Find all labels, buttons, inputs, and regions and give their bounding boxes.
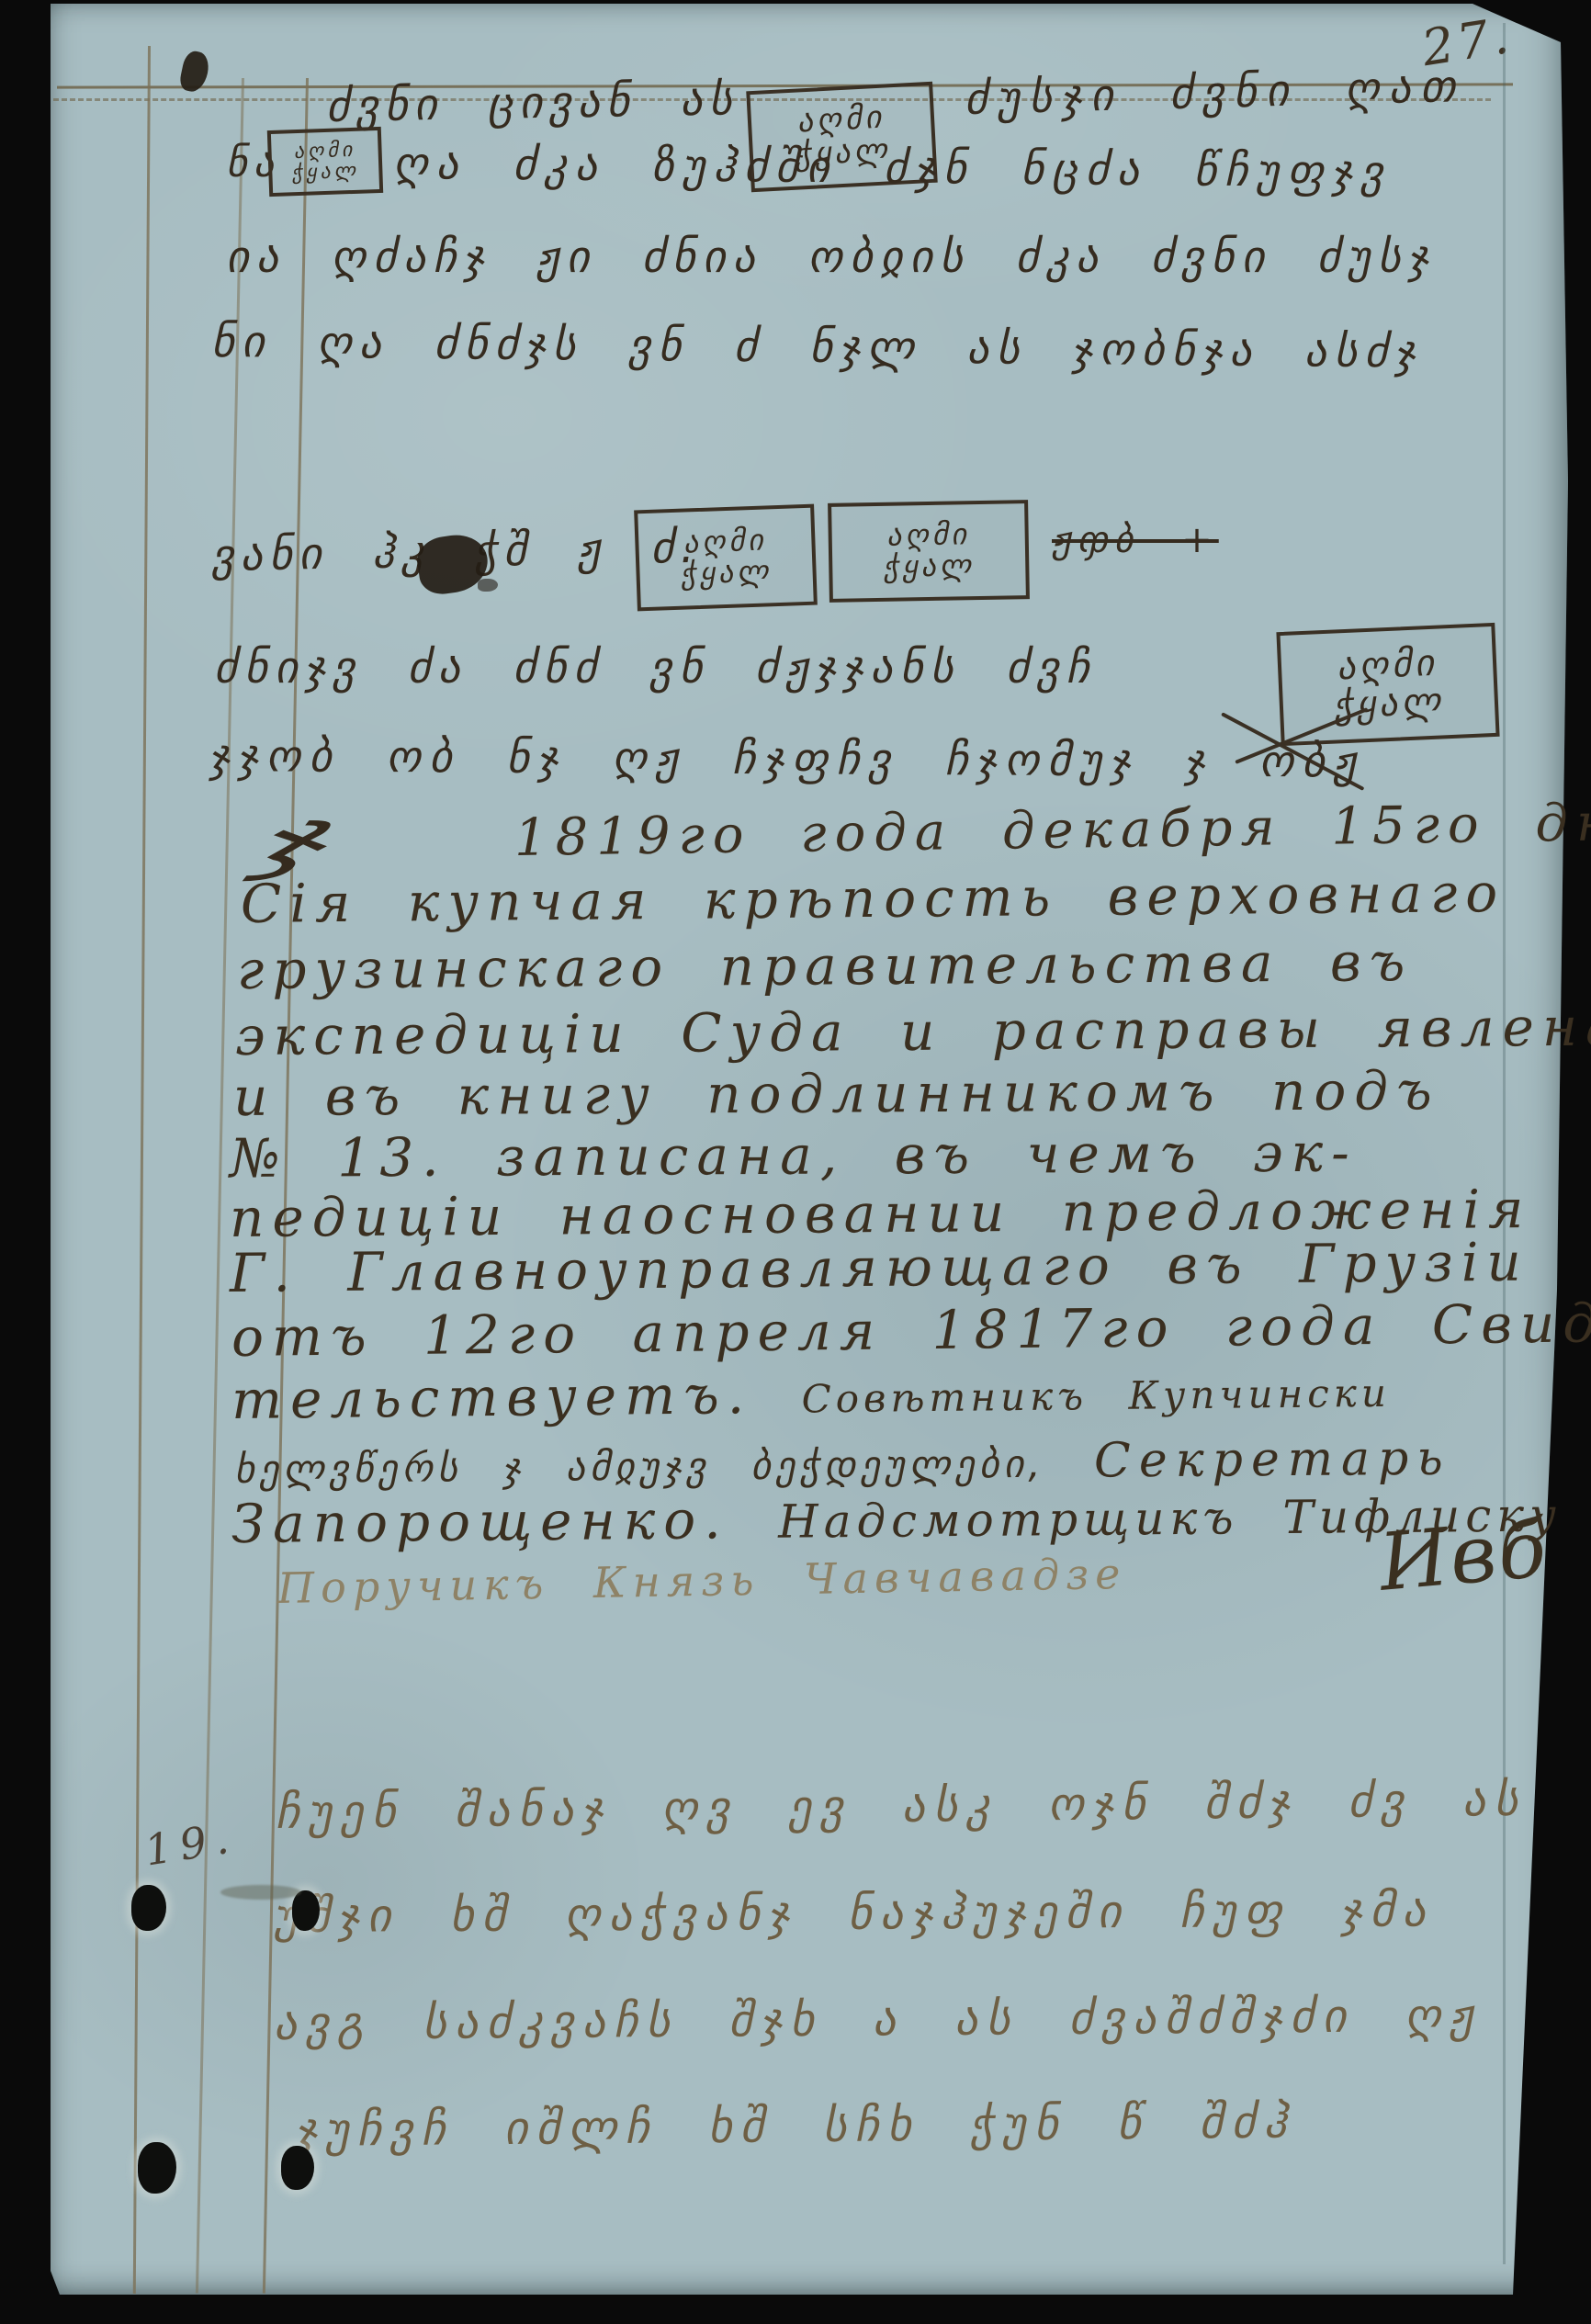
stamp-box: აღმი ჭყალ xyxy=(634,504,818,612)
stamp-text-line2: ჭყალ xyxy=(680,556,773,590)
russian-line: Запорощенко. Надсмотрщикъ Тифлиску xyxy=(231,1481,1563,1555)
stamp-text-line2: ჭყალ xyxy=(291,161,359,185)
bottom-georgian-line: ავგ საძკვაჩს შჯხ ა ას ძვაშძშჯძი ღჟ xyxy=(274,1989,1482,2050)
georgian-line: ძვნი ცივან ას xyxy=(326,73,739,132)
stamp-box: აღმი ჭყალ xyxy=(267,127,383,197)
stamp-box: აღმი ჭყალ xyxy=(828,500,1030,603)
signature-initials: Ивб xyxy=(1376,1503,1552,1609)
russian-line: и въ книгу подлинникомъ подъ xyxy=(233,1059,1440,1128)
russian-line: Сія купчая крѣпость верховнаго xyxy=(241,862,1506,935)
russian-line: грузинскаго правительства въ xyxy=(237,931,1414,1001)
georgian-line: ნი ღა ძნძჯს ვნ ძ ნჯლ ას ჯობნჯა ასძჯ xyxy=(211,316,1423,378)
smear-mark xyxy=(220,1885,301,1900)
russian-line: тельствуетъ. Совѣтникъ Купчински xyxy=(231,1357,1392,1431)
stamp-text-line2: ჭყალ xyxy=(883,550,975,582)
manuscript-scan: 27. ძვნი ცივან ას აღმი ჭყალ ძუსჯი ძვნი ღ… xyxy=(0,0,1591,2324)
georgian-line: ია ღძაჩჯ ჟი ძნია ობჲის ძკა ძვნი ძუსჯ xyxy=(226,231,1436,283)
right-crease-line xyxy=(1503,23,1506,2264)
stamp-text-line2: ჭყალ xyxy=(1333,682,1445,725)
russian-line: экспедиціи Суда и расправы явлена xyxy=(235,995,1591,1067)
georgian-insert-text: ხელვწერს ჯ ამჲუჯვ ბეჭდეულები, xyxy=(234,1441,1045,1492)
bottom-georgian-line: ჯუჩვჩ იშლჩ ხშ სჩხ ჭუნ წ შძჰ xyxy=(296,2095,1296,2157)
zaporoshchenko-signature: Запорощенко. xyxy=(231,1488,729,1555)
stamp-box: აღმი ჭყალ xyxy=(1276,623,1499,746)
attestation-text: тельствуетъ. xyxy=(231,1363,753,1431)
georgian-line: ღა ძკა ზუჰძში ძჯნ ნცძა წჩუფჯვ xyxy=(393,138,1392,197)
russian-line: Г. Главноуправляющаго въ Грузіи xyxy=(230,1231,1529,1304)
councillor-signature: Совѣтникъ Купчински xyxy=(801,1371,1391,1422)
secretary-label: Секретарь xyxy=(1094,1431,1451,1489)
struck-word: ჟჶბ + xyxy=(1052,519,1219,561)
bottom-georgian-line: უშჯი ხშ ღაჭვანჯ ნაჯჰუჯეში ჩუფ ჯმა xyxy=(274,1883,1434,1943)
georgian-line: ჯჯობ ობ ნჯ ღჟ ჩჯფჩვ ჩჯომუჯ ჯ ობჟ xyxy=(209,730,1364,788)
georgian-line: ძნიჯვ ძა ძნძ ვნ ძჟჯჯანს ძვჩ xyxy=(214,642,1097,694)
